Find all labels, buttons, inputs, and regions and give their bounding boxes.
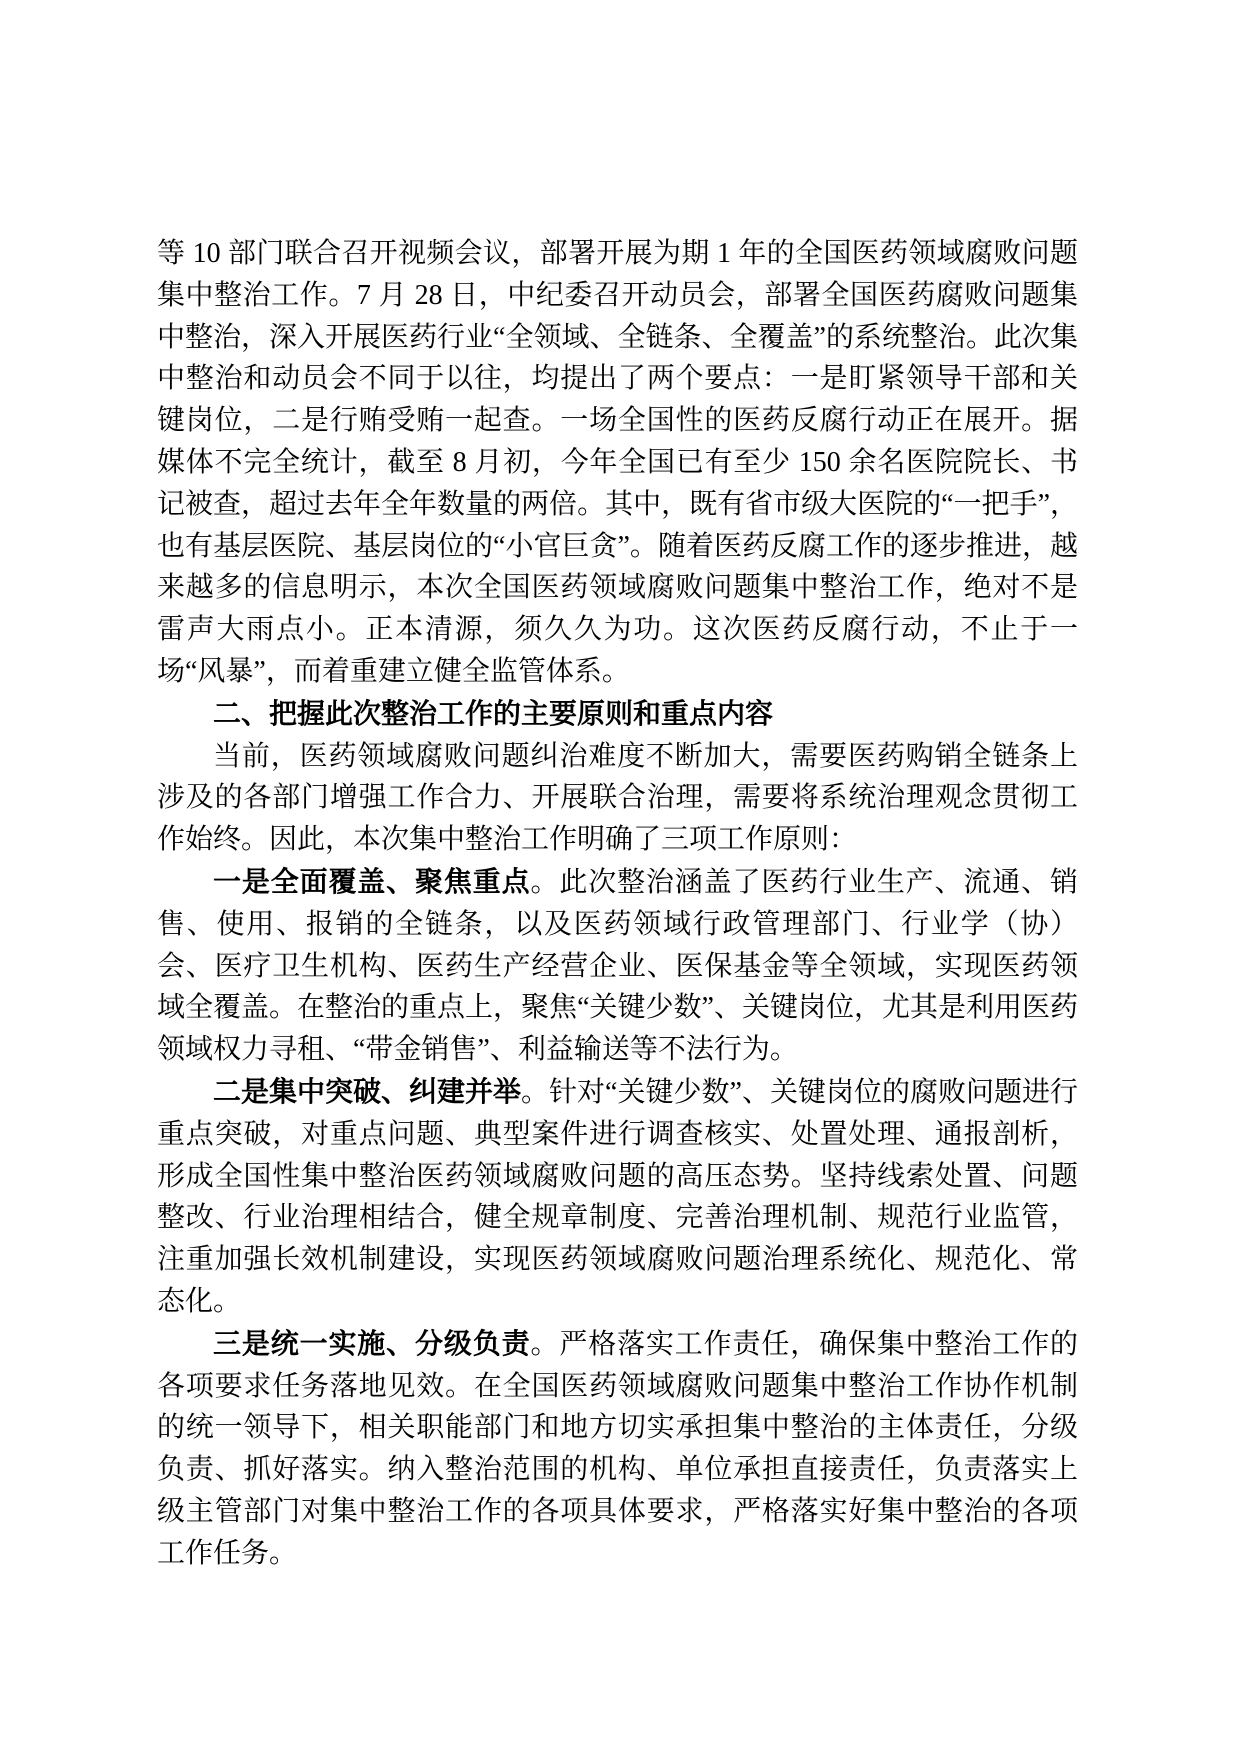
document-page: 等 10 部门联合召开视频会议，部署开展为期 1 年的全国医药领域腐败问题集中整… <box>0 0 1234 1748</box>
paragraph: 二是集中突破、纠建并举。针对“关键少数”、关键岗位的腐败问题进行重点突破，对重点… <box>157 1071 1078 1323</box>
bold-text-run: 三是统一实施、分级负责 <box>213 1328 530 1359</box>
bold-text-run: 一是全面覆盖、聚焦重点 <box>213 866 530 897</box>
document-body: 等 10 部门联合召开视频会议，部署开展为期 1 年的全国医药领域腐败问题集中整… <box>157 233 1078 1575</box>
text-run: 。针对“关键少数”、关键岗位的腐败问题进行重点突破，对重点问题、典型案件进行调查… <box>157 1077 1078 1317</box>
bold-text-run: 二、把握此次整治工作的主要原则和重点内容 <box>213 698 773 729</box>
paragraph: 当前，医药领域腐败问题纠治难度不断加大，需要医药购销全链条上涉及的各部门增强工作… <box>157 736 1078 861</box>
text-run: 当前，医药领域腐败问题纠治难度不断加大，需要医药购销全链条上涉及的各部门增强工作… <box>157 741 1078 856</box>
paragraph: 三是统一实施、分级负责。严格落实工作责任，确保集中整治工作的各项要求任务落地见效… <box>157 1323 1078 1575</box>
text-run: 。严格落实工作责任，确保集中整治工作的各项要求任务落地见效。在全国医药领域腐败问… <box>157 1329 1078 1569</box>
text-run: 等 10 部门联合召开视频会议，部署开展为期 1 年的全国医药领域腐败问题集中整… <box>157 238 1078 687</box>
paragraph: 一是全面覆盖、聚焦重点。此次整治涵盖了医药行业生产、流通、销售、使用、报销的全链… <box>157 861 1078 1071</box>
section-heading: 二、把握此次整治工作的主要原则和重点内容 <box>157 693 1078 736</box>
paragraph: 等 10 部门联合召开视频会议，部署开展为期 1 年的全国医药领域腐败问题集中整… <box>157 233 1078 693</box>
bold-text-run: 二是集中突破、纠建并举 <box>213 1076 521 1107</box>
